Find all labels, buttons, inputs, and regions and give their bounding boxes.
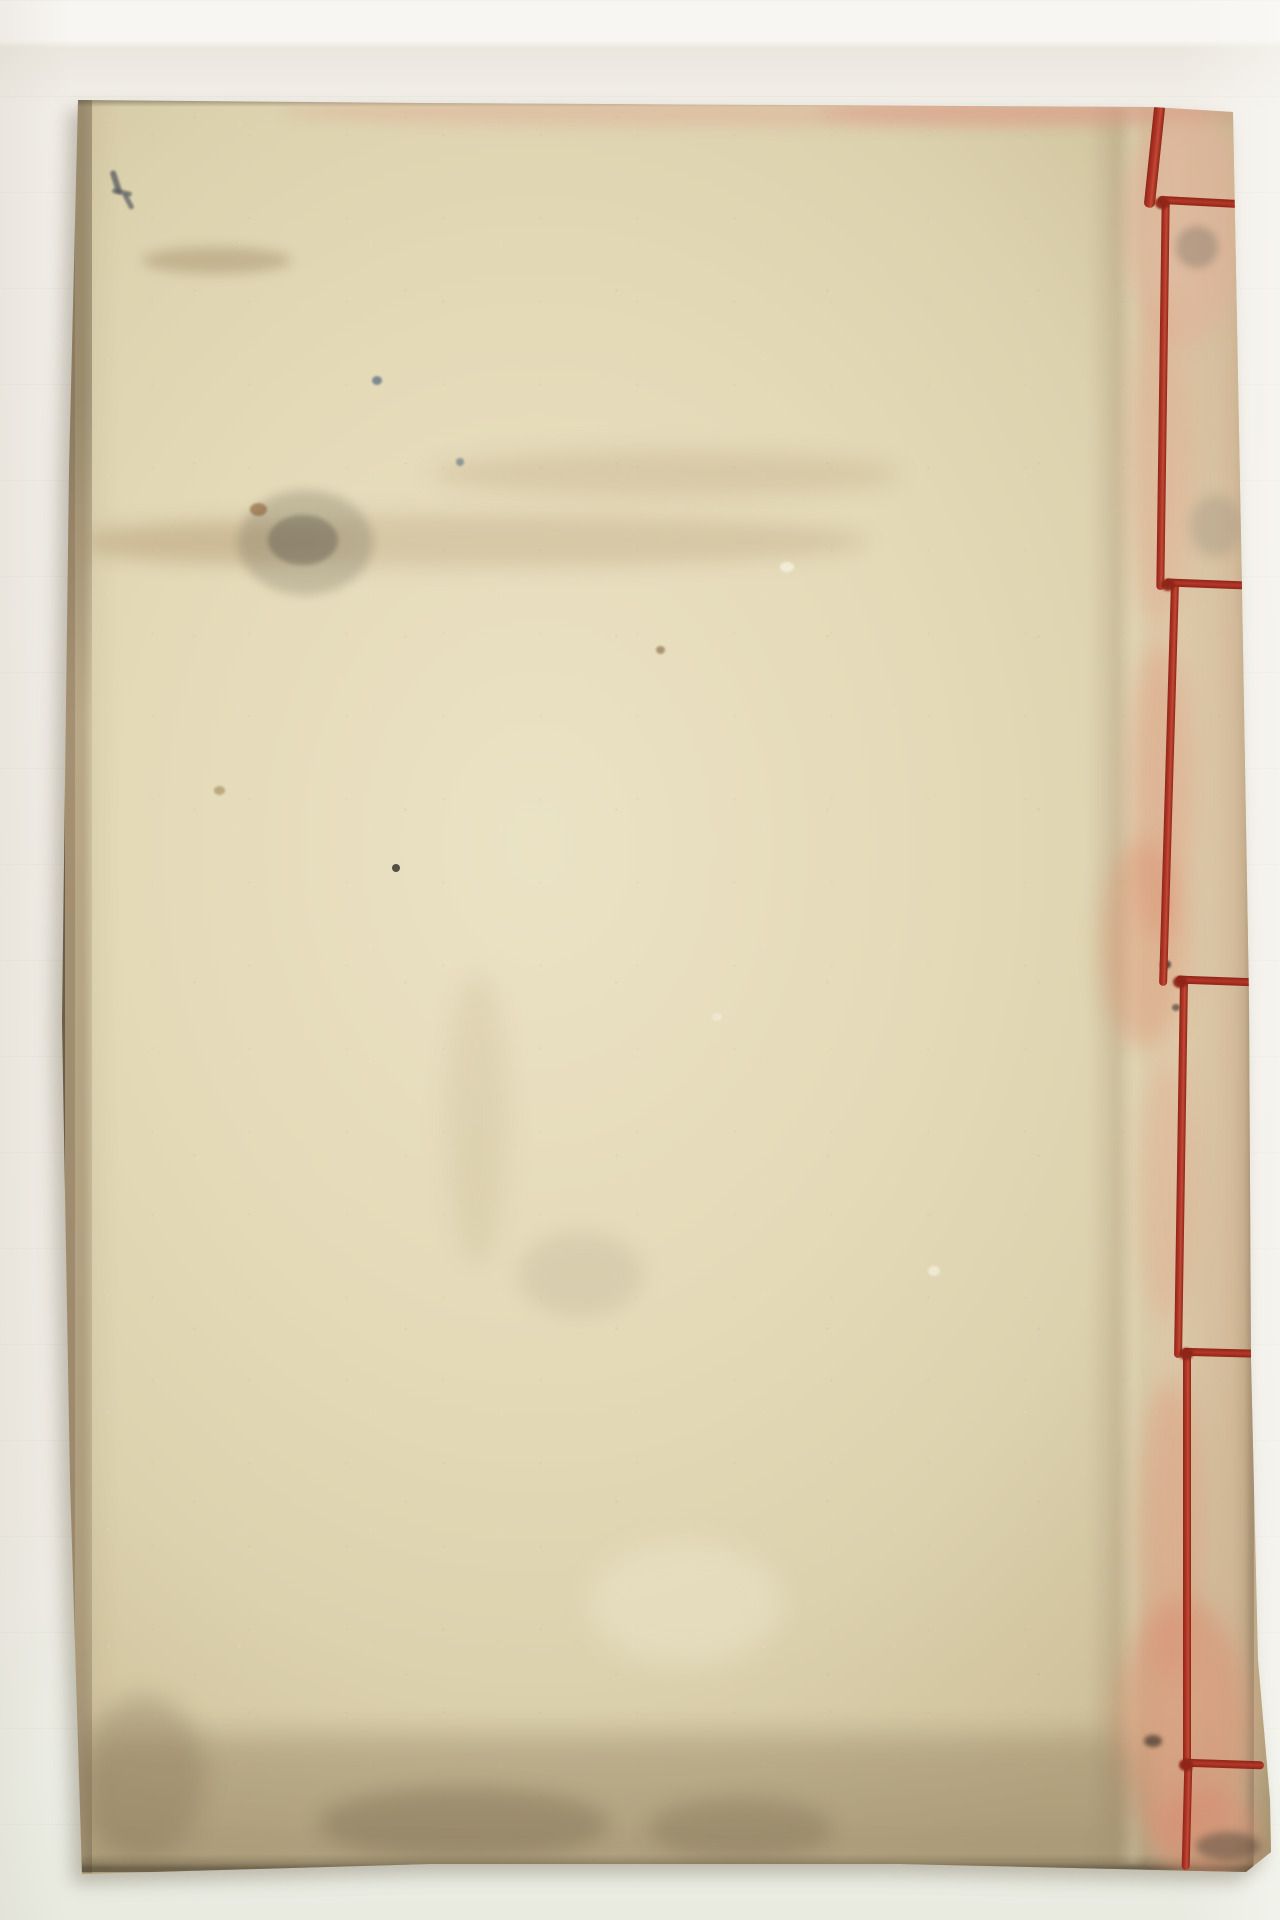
stain-scribble-dark (268, 515, 338, 565)
stain-bottom-left (80, 1695, 205, 1860)
stains-and-binding-thread (0, 0, 1280, 1920)
book-back-cover (0, 0, 1280, 1920)
stain-right-smudge (1190, 495, 1242, 557)
bleed-hole-3 (1102, 840, 1186, 1050)
thread-knot-5 (1179, 1759, 1193, 1771)
stain-smudge-bar (142, 247, 292, 274)
speck-blue-1 (372, 376, 382, 385)
thread-vertical-4 (1183, 1350, 1191, 1770)
fleck-white-3 (712, 1013, 722, 1021)
fleck-white-1 (780, 562, 794, 572)
book-shadow (0, 0, 1280, 1920)
speck-brown-2 (214, 786, 225, 795)
stain-gray-mid (518, 1232, 643, 1317)
speck-blue-2 (456, 458, 464, 466)
speck-dark-1 (392, 864, 400, 872)
stain-bottom-blotch-2 (648, 1798, 833, 1860)
mark-squiggle-3 (122, 193, 134, 210)
smudge-corner-bottom (1196, 1832, 1260, 1860)
thread-knot-2 (1161, 579, 1175, 591)
thread-knot-3 (1173, 976, 1187, 988)
thread-knot-4 (1179, 1348, 1193, 1360)
stain-scribble-fleck (250, 503, 267, 516)
stain-bottom-band (85, 1735, 1135, 1860)
thread-knot-1 (1155, 197, 1169, 209)
photograph-antique-stab-bound-book (0, 0, 1280, 1920)
stain-corner-gray (1176, 226, 1218, 268)
sheen-patch (588, 1540, 783, 1665)
stain-bottom-blotch-1 (318, 1788, 608, 1860)
speck-brown-1 (656, 646, 665, 654)
bleed-segment-3 (1136, 1060, 1196, 1320)
smudge-hole5 (1144, 1735, 1162, 1747)
stain-band-upper (430, 450, 900, 498)
stain-streak-vertical (446, 975, 508, 1265)
fleck-white-2 (928, 1266, 940, 1276)
